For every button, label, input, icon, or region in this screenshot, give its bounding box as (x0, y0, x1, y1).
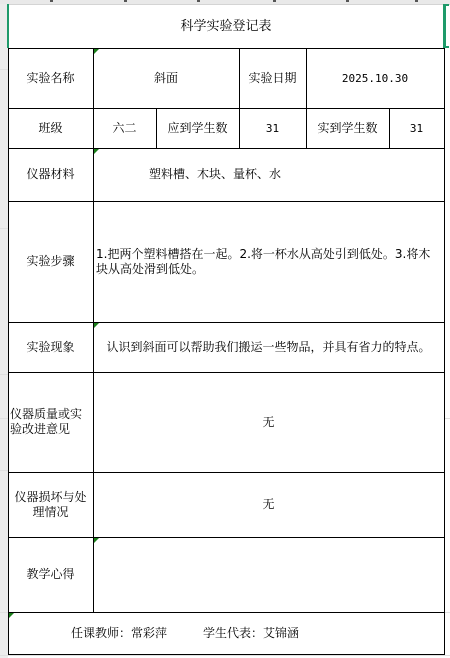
selection-border (7, 4, 9, 48)
reflection-value-cell[interactable] (93, 537, 444, 612)
expected-students-value: 31 (266, 121, 279, 136)
title-cell[interactable]: 科学实验登记表 (8, 4, 444, 48)
steps-value-cell[interactable]: 1.把两个塑料槽搭在一起。2.将一杯水从高处引到低处。3.将木块从高处滑到低处。 (93, 201, 444, 322)
reflection-label-cell[interactable]: 教学心得 (8, 537, 93, 612)
suggestions-label-cell[interactable]: 仪器质量或实验改进意见 (8, 372, 93, 472)
suggestions-value-cell[interactable]: 无 (93, 372, 444, 472)
actual-students-label-cell[interactable]: 实到学生数 (306, 108, 389, 148)
phenomenon-label-cell[interactable]: 实验现象 (8, 322, 93, 372)
border (156, 108, 157, 148)
border (93, 48, 94, 612)
materials-value: 塑料槽、木块、量杯、水 (149, 167, 281, 182)
selection-border (443, 4, 446, 48)
comment-marker-icon[interactable] (94, 323, 99, 328)
comment-marker-icon[interactable] (9, 613, 14, 618)
experiment-date-value: 2025.10.30 (342, 71, 408, 86)
column-header-tick (346, 0, 349, 2)
steps-label: 实验步骤 (26, 254, 74, 269)
border (8, 322, 445, 323)
student-rep-name: 艾锦涵 (263, 626, 299, 641)
teacher-label: 任课教师： (71, 626, 131, 641)
phenomenon-value-cell[interactable]: 认识到斜面可以帮助我们搬运一些物品，并具有省力的特点。 (93, 322, 444, 372)
class-label: 班级 (38, 121, 62, 136)
column-header-tick (50, 0, 53, 2)
experiment-name-value: 斜面 (154, 71, 178, 86)
actual-students-value: 31 (410, 121, 423, 136)
signature-cell[interactable]: 任课教师： 常彩萍 学生代表： 艾锦涵 (8, 612, 444, 654)
row-gridline (0, 418, 8, 419)
damage-value: 无 (262, 497, 274, 512)
border (8, 654, 445, 655)
experiment-name-value-cell[interactable]: 斜面 (93, 48, 239, 108)
border (8, 148, 445, 149)
border (8, 108, 445, 109)
border (8, 372, 445, 373)
border (444, 48, 445, 655)
row-gridline (0, 470, 8, 471)
row-gridline (445, 612, 450, 613)
form-title: 科学实验登记表 (180, 19, 271, 34)
border (389, 108, 390, 148)
materials-value-cell[interactable]: 塑料槽、木块、量杯、水 (93, 148, 444, 201)
row-gridline (0, 655, 450, 656)
materials-label-cell[interactable]: 仪器材料 (8, 148, 93, 201)
border (8, 48, 9, 655)
comment-marker-icon[interactable] (94, 538, 99, 543)
actual-students-value-cell[interactable]: 31 (389, 108, 444, 148)
row-gridline (0, 69, 8, 70)
expected-students-label: 应到学生数 (167, 121, 227, 136)
comment-marker-icon[interactable] (94, 149, 99, 154)
class-label-cell[interactable]: 班级 (8, 108, 93, 148)
comment-marker-icon[interactable] (94, 49, 99, 54)
border (8, 48, 445, 49)
selection-border (443, 4, 449, 6)
suggestions-value: 无 (262, 415, 274, 430)
column-header-tick (415, 0, 418, 2)
experiment-date-label: 实验日期 (248, 71, 296, 86)
class-value-cell[interactable]: 六二 (93, 108, 156, 148)
materials-label: 仪器材料 (26, 167, 74, 182)
class-value: 六二 (112, 121, 136, 136)
experiment-date-label-cell[interactable]: 实验日期 (239, 48, 306, 108)
row-gridline (445, 418, 450, 419)
suggestions-label: 仪器质量或实验改进意见 (10, 407, 89, 437)
border (8, 537, 445, 538)
border (8, 201, 445, 202)
row-gridline (0, 228, 8, 229)
row-gridline (0, 374, 8, 375)
damage-label-cell[interactable]: 仪器损坏与处理情况 (8, 472, 93, 537)
expected-students-value-cell[interactable]: 31 (239, 108, 306, 148)
student-rep-label: 学生代表： (203, 626, 263, 641)
steps-value: 1.把两个塑料槽搭在一起。2.将一杯水从高处引到低处。3.将木块从高处滑到低处。 (96, 247, 440, 277)
border (8, 472, 445, 473)
damage-label: 仪器损坏与处理情况 (10, 490, 91, 520)
border (239, 48, 240, 148)
steps-label-cell[interactable]: 实验步骤 (8, 201, 93, 322)
actual-students-label: 实到学生数 (317, 121, 377, 136)
phenomenon-value: 认识到斜面可以帮助我们搬运一些物品，并具有省力的特点。 (106, 340, 430, 355)
column-header-tick (273, 0, 276, 2)
experiment-name-label: 实验名称 (26, 71, 74, 86)
experiment-date-value-cell[interactable]: 2025.10.30 (306, 48, 444, 108)
border (306, 48, 307, 148)
experiment-name-label-cell[interactable]: 实验名称 (8, 48, 93, 108)
column-header-tick (197, 0, 200, 2)
teacher-name: 常彩萍 (131, 626, 167, 641)
damage-value-cell[interactable]: 无 (93, 472, 444, 537)
row-header-gutter (0, 4, 8, 658)
column-header-tick (124, 0, 127, 2)
expected-students-label-cell[interactable]: 应到学生数 (156, 108, 239, 148)
row-gridline (0, 612, 8, 613)
phenomenon-label: 实验现象 (26, 340, 74, 355)
reflection-label: 教学心得 (26, 567, 74, 582)
border (8, 612, 445, 613)
